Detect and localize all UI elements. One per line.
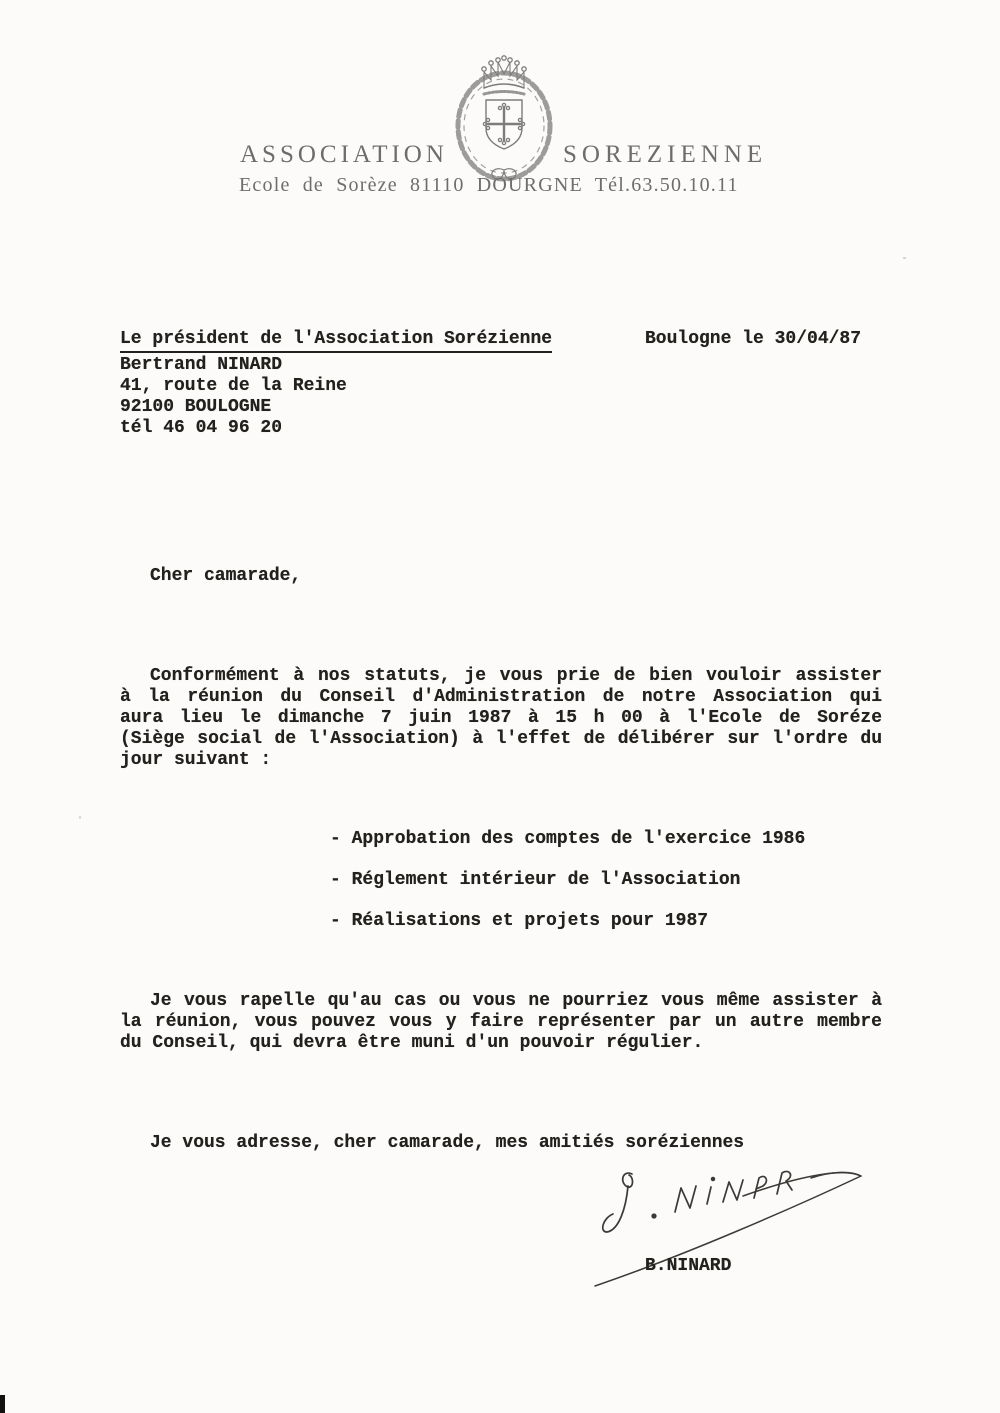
sender-block: Le président de l'Association Sorézienne… (120, 329, 552, 439)
agenda-item: - Approbation des comptes de l'exercice … (330, 829, 805, 850)
scan-speck (903, 257, 906, 259)
sender-title: Le président de l'Association Sorézienne (120, 329, 552, 353)
paragraph-1-line: (Siège social de l'Association) à l'effe… (120, 729, 882, 750)
association-name-right: SOREZIENNE (563, 141, 767, 169)
agenda-item: - Réalisations et projets pour 1987 (330, 911, 805, 932)
paragraph-1-line: aura lieu le dimanche 7 juin 1987 à 15 h… (120, 708, 882, 729)
handwritten-signature (583, 1156, 885, 1294)
paragraph-1-line: Conformément à nos statuts, je vous prie… (120, 666, 882, 687)
paragraph-1-line: jour suivant : (120, 750, 882, 771)
paragraph-2-line: Je vous rapelle qu'au cas ou vous ne pou… (120, 991, 882, 1012)
paragraph-2: Je vous rapelle qu'au cas ou vous ne pou… (120, 991, 882, 1054)
sender-name: Bertrand NINARD (120, 355, 552, 376)
association-name-left: ASSOCIATION (240, 141, 448, 169)
sender-address-2: 92100 BOULOGNE (120, 397, 552, 418)
salutation: Cher camarade, (150, 566, 301, 587)
paragraph-2-line: du Conseil, qui devra être muni d'un pou… (120, 1033, 882, 1054)
scan-speck (79, 816, 81, 819)
paragraph-1: Conformément à nos statuts, je vous prie… (120, 666, 882, 771)
agenda-item: - Réglement intérieur de l'Association (330, 870, 805, 891)
agenda-list: - Approbation des comptes de l'exercice … (330, 829, 805, 952)
dateline: Boulogne le 30/04/87 (645, 329, 861, 350)
association-crest-icon (438, 52, 570, 186)
scan-edge-mark (0, 1395, 5, 1413)
paragraph-2-line: la réunion, vous pouvez vous y faire rep… (120, 1012, 882, 1033)
sender-address-1: 41, route de la Reine (120, 376, 552, 397)
sender-phone: tél 46 04 96 20 (120, 418, 552, 439)
typed-signature-name: B.NINARD (645, 1256, 731, 1277)
paragraph-1-line: à la réunion du Conseil d'Administration… (120, 687, 882, 708)
closing-line: Je vous adresse, cher camarade, mes amit… (150, 1133, 744, 1154)
letterhead-address: Ecole de Sorèze 81110 DOURGNE Tél.63.50.… (239, 174, 739, 197)
letter-page: ASSOCIATION SOREZIENNE Ecole de Sorèze 8… (0, 0, 1000, 1413)
